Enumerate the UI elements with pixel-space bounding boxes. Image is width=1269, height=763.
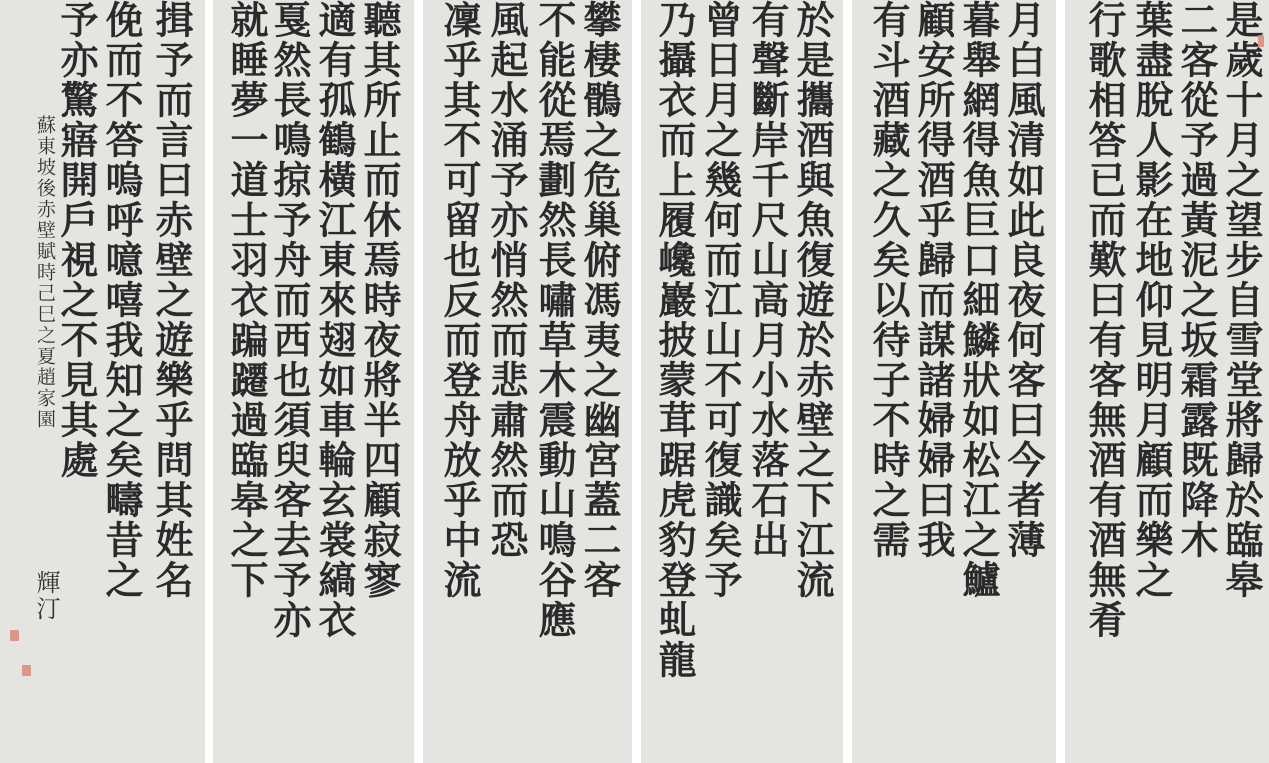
text-column: 適有孤鶴橫江東來翅如車輪玄裳縞衣 xyxy=(313,0,353,760)
text-column: 顧安所得酒乎歸而謀諸婦婦曰我 xyxy=(912,0,952,760)
text-column: 於是攜酒與魚復遊於赤壁之下江流 xyxy=(791,0,831,760)
text-column: 二客從予過黃泥之坂霜露既降木 xyxy=(1175,0,1215,760)
text-column: 有聲斷岸千尺山高月小水落石出 xyxy=(746,0,786,760)
text-column: 揖予而言曰赤壁之遊樂乎問其姓名 xyxy=(150,0,190,300)
signature: 輝汀 xyxy=(18,570,58,622)
text-column: 乃攝衣而上履巉巖披蒙茸踞虎豹登虬龍 xyxy=(653,0,693,760)
text-column: 有斗酒藏之久矣以待子不時之需 xyxy=(867,0,907,760)
text-column: 聽其所止而休焉時夜將半四顧寂寥 xyxy=(358,0,398,760)
text-column: 曾日月之幾何而江山不可復識矣予 xyxy=(699,0,739,760)
text-column: 凜乎其不可留也反而登舟放乎中流 xyxy=(438,0,478,760)
text-column: 暮舉網得魚巨口細鱗狀如松江之鱸 xyxy=(957,0,997,760)
text-column: 行歌相答已而歎曰有客無酒有酒無肴 xyxy=(1083,0,1123,760)
text-column: 不能從焉劃然長嘯草木震動山鳴谷應 xyxy=(533,0,573,760)
calligraphy-panel-2: 聽其所止而休焉時夜將半四顧寂寥 適有孤鶴橫江東來翅如車輪玄裳縞衣 戛然長鳴掠予舟… xyxy=(213,0,414,763)
inscription: 蘇東坡後赤壁賦時己巳之夏趙家園 xyxy=(14,115,54,430)
text-column: 風起水涌予亦悄然而悲肅然而恐 xyxy=(485,0,525,760)
text-column: 攀棲鶻之危巢俯馮夷之幽宮蓋二客 xyxy=(578,0,618,760)
text-column: 是歲十月之望步自雪堂將歸於臨皋 xyxy=(1220,0,1260,760)
text-column: 葉盡脫人影在地仰見明月顧而樂之 xyxy=(1130,0,1170,760)
name-seal-1 xyxy=(10,630,19,641)
text-column: 予亦驚寤開戶視之不見其處 xyxy=(55,0,95,480)
lead-seal xyxy=(1258,35,1264,47)
calligraphy-panel-3: 攀棲鶻之危巢俯馮夷之幽宮蓋二客 不能從焉劃然長嘯草木震動山鳴谷應 風起水涌予亦悄… xyxy=(423,0,632,763)
calligraphy-panel-6: 是歲十月之望步自雪堂將歸於臨皋 二客從予過黃泥之坂霜露既降木 葉盡脫人影在地仰見… xyxy=(1065,0,1269,763)
name-seal-2 xyxy=(22,665,31,676)
text-column: 俛而不答嗚呼噫嘻我知之矣疇昔之 xyxy=(100,0,140,740)
text-column: 月白風清如此良夜何客曰今者薄 xyxy=(1002,0,1042,760)
text-column: 戛然長鳴掠予舟而西也須臾客去予亦 xyxy=(268,0,308,760)
calligraphy-panel-5: 月白風清如此良夜何客曰今者薄 暮舉網得魚巨口細鱗狀如松江之鱸 顧安所得酒乎歸而謀… xyxy=(852,0,1056,763)
calligraphy-panel-4: 於是攜酒與魚復遊於赤壁之下江流 有聲斷岸千尺山高月小水落石出 曾日月之幾何而江山… xyxy=(641,0,843,763)
text-column: 就睡夢一道士羽衣蹁躚過臨皋之下 xyxy=(225,0,265,760)
calligraphy-panel-1: 揖予而言曰赤壁之遊樂乎問其姓名 俛而不答嗚呼噫嘻我知之矣疇昔之 予亦驚寤開戶視之… xyxy=(0,0,205,763)
